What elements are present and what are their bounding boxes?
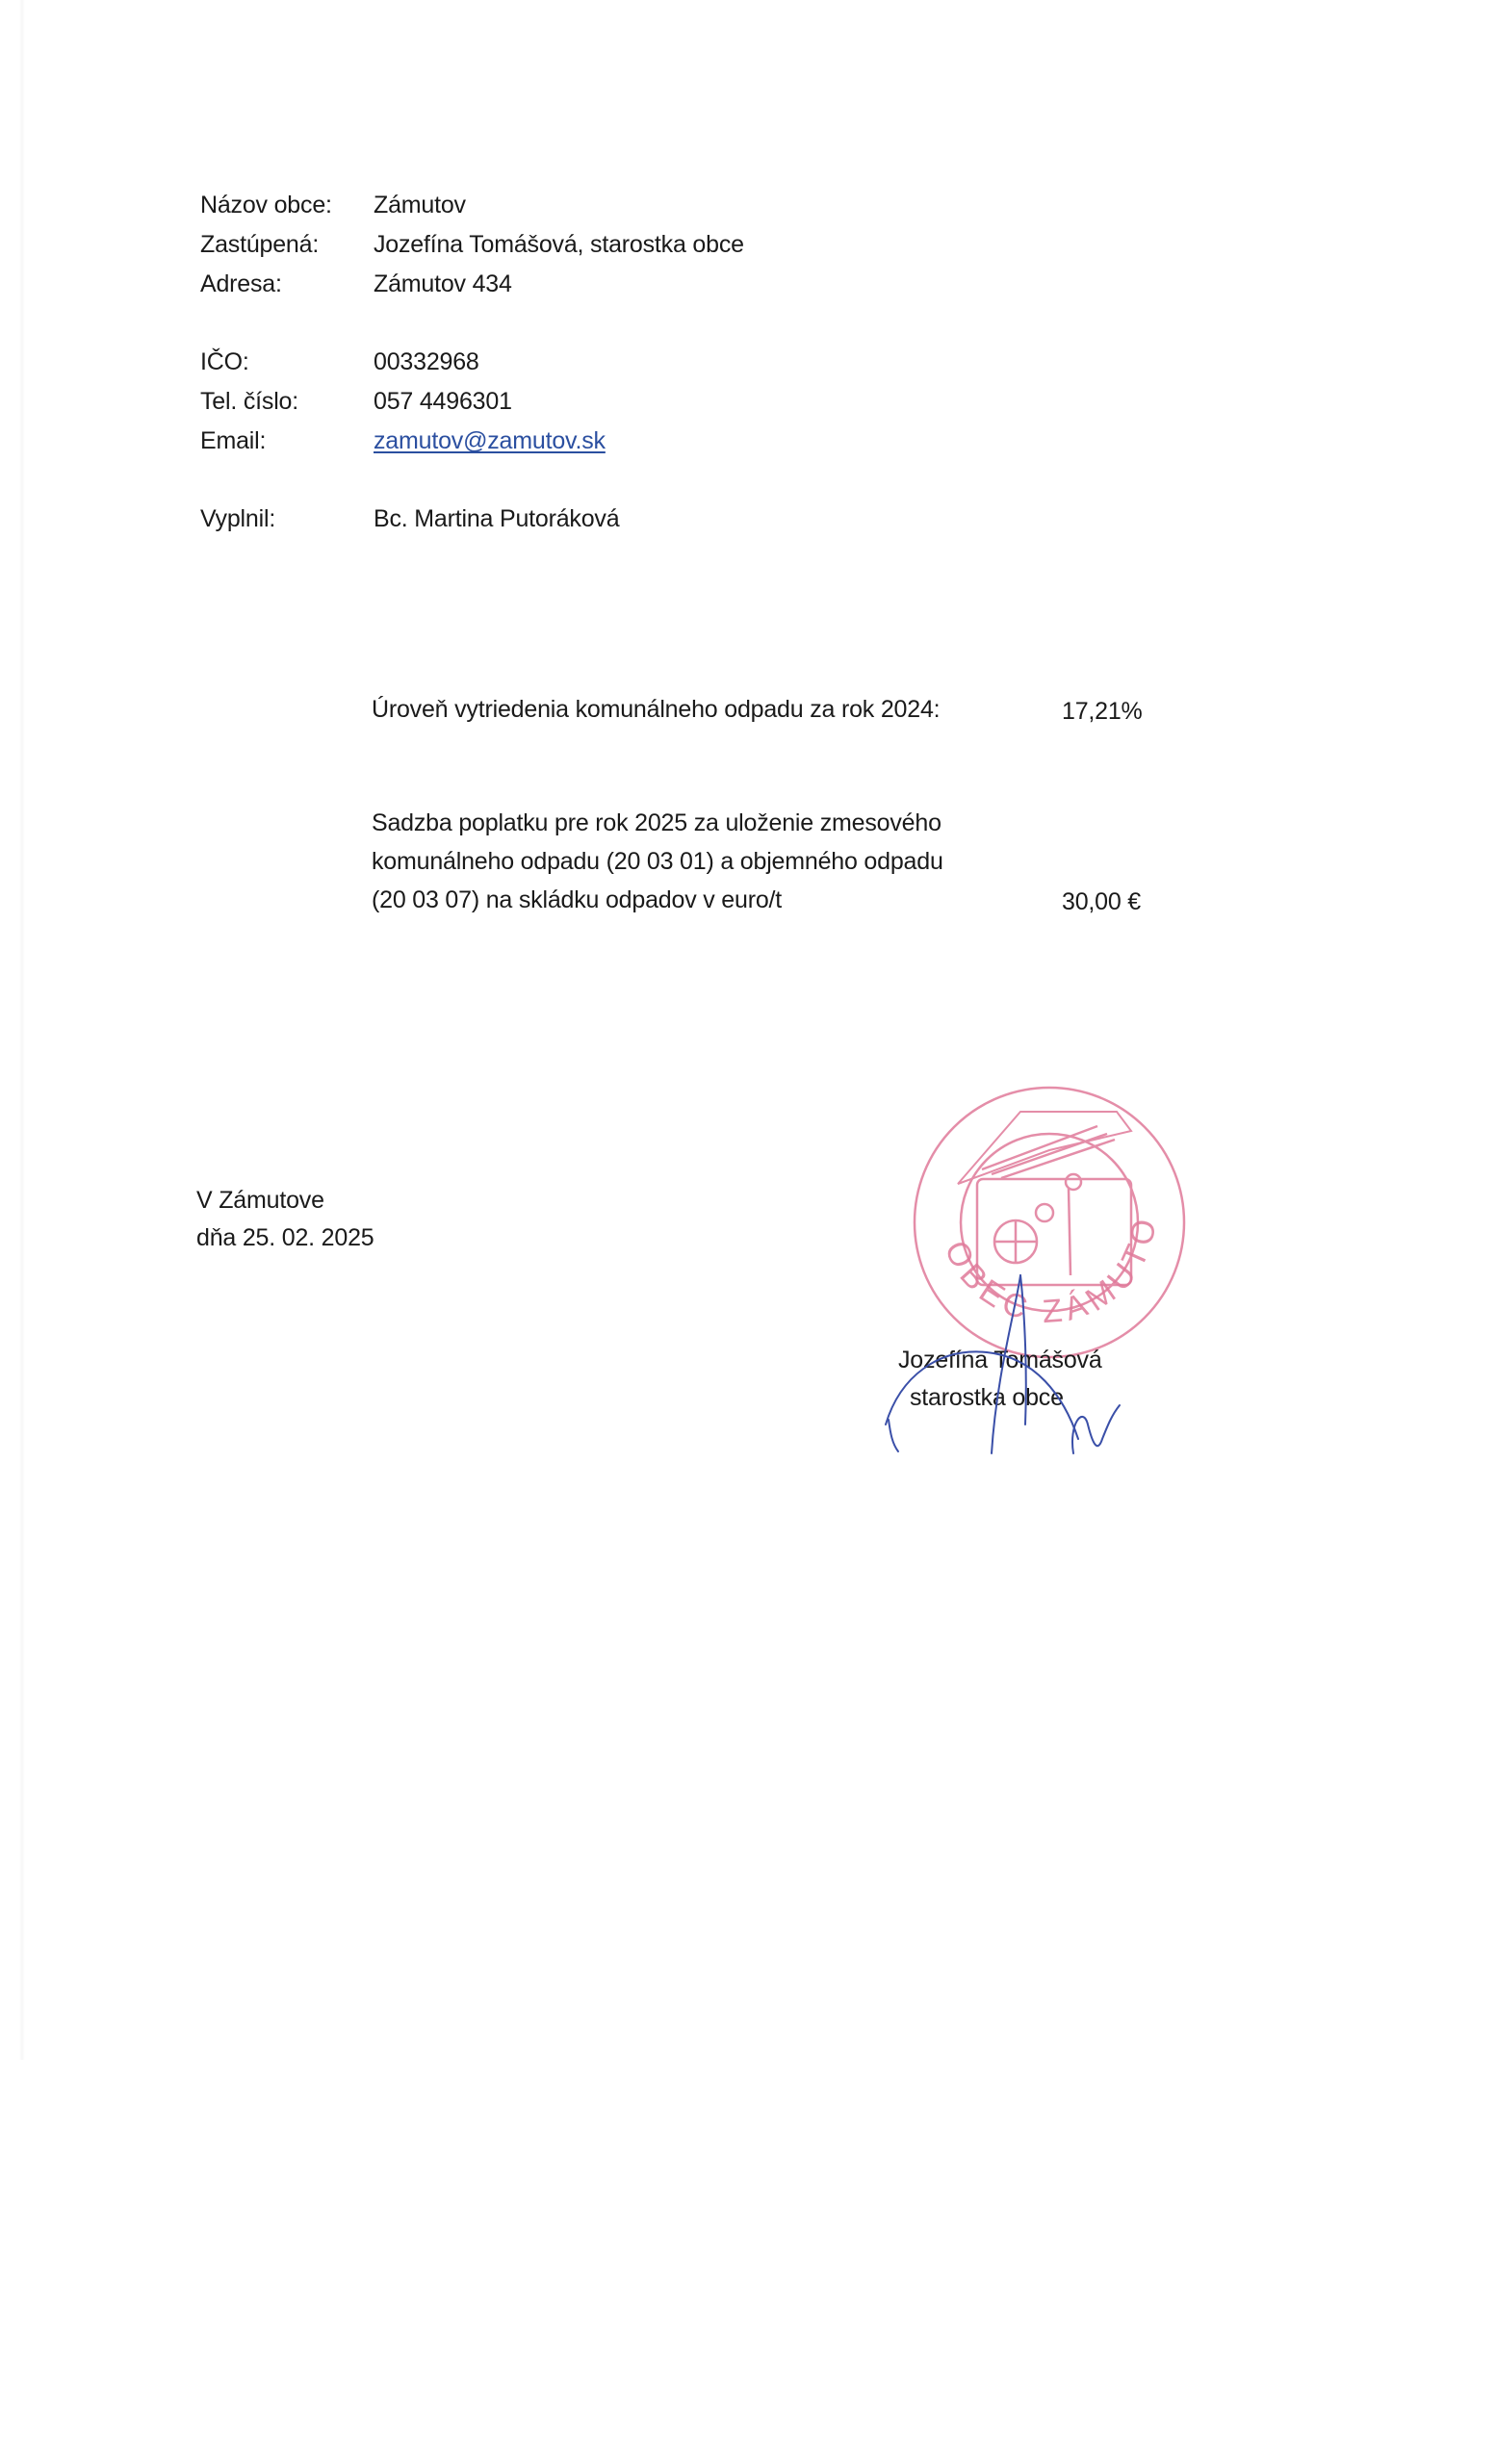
sorting-level-text: Úroveň vytriedenia komunálneho odpadu za… (372, 695, 940, 724)
address-label: Adresa: (200, 269, 282, 298)
represented-by-label: Zastúpená: (200, 230, 319, 259)
address-value: Zámutov 434 (374, 269, 512, 298)
fee-rate-value: 30,00 € (1062, 887, 1141, 916)
email-label: Email: (200, 426, 266, 455)
fee-rate-line-1: Sadzba poplatku pre rok 2025 za uloženie… (372, 808, 941, 837)
ico-value: 00332968 (374, 347, 479, 376)
municipality-name-value: Zámutov (374, 191, 466, 219)
fee-rate-line-3: (20 03 07) na skládku odpadov v euro/t (372, 885, 782, 914)
email-link[interactable]: zamutov@zamutov.sk (374, 426, 606, 455)
sorting-level-value: 17,21% (1062, 697, 1143, 726)
phone-value: 057 4496301 (374, 387, 512, 416)
municipality-name-label: Názov obce: (200, 191, 332, 219)
fee-rate-line-2: komunálneho odpadu (20 03 01) a objemnéh… (372, 847, 943, 876)
handwritten-signature-icon (881, 1270, 1141, 1463)
ico-label: IČO: (200, 347, 249, 376)
filled-by-value: Bc. Martina Putoráková (374, 504, 619, 533)
scan-edge-shadow (19, 0, 25, 2060)
phone-label: Tel. číslo: (200, 387, 298, 416)
represented-by-value: Jozefína Tomášová, starostka obce (374, 230, 744, 259)
place-text: V Zámutove (196, 1186, 324, 1215)
date-text: dňa 25. 02. 2025 (196, 1223, 374, 1252)
filled-by-label: Vyplnil: (200, 504, 275, 533)
